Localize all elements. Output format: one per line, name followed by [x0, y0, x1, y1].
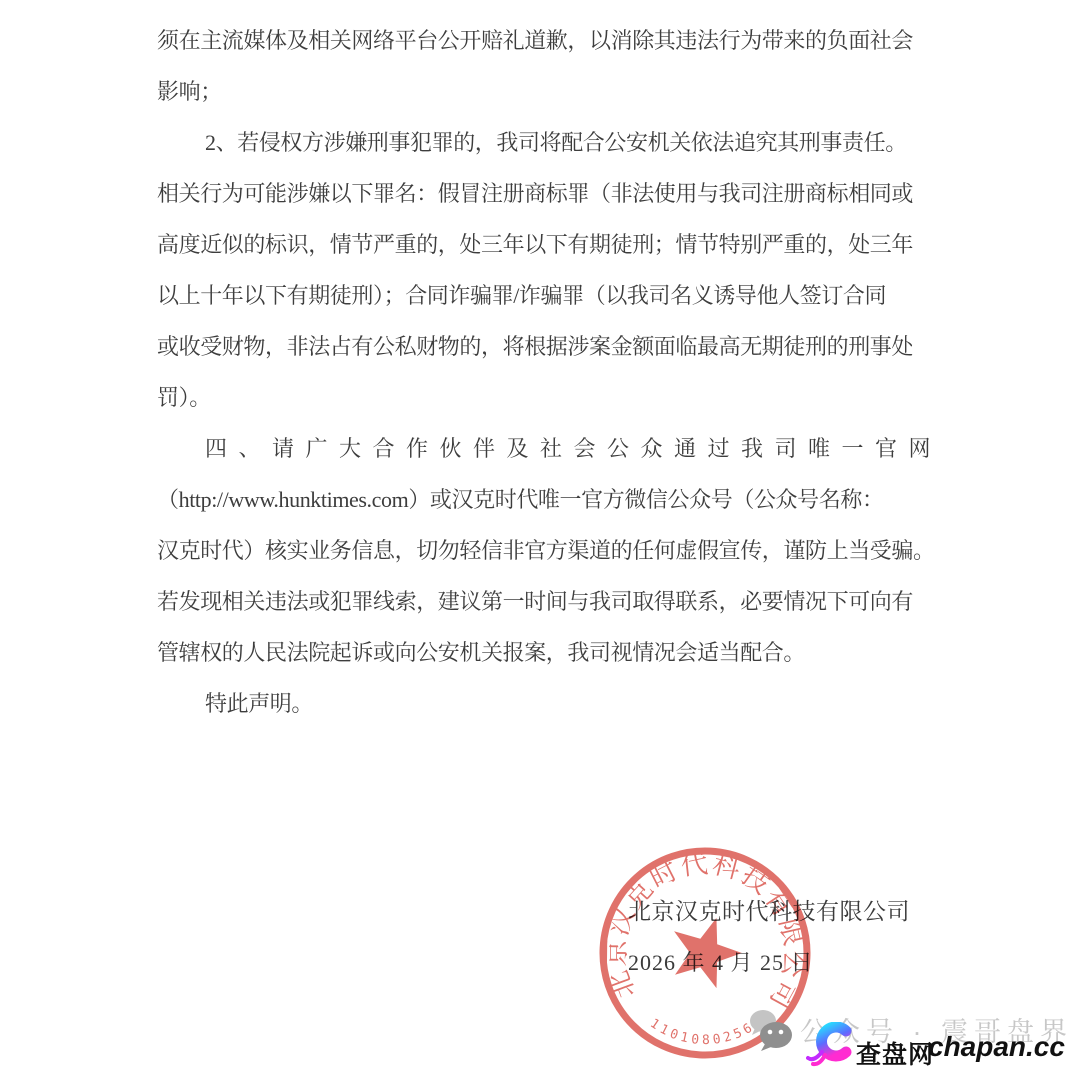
text-line: 2、若侵权方涉嫌刑事犯罪的，我司将配合公安机关依法追究其刑事责任。 — [157, 117, 947, 168]
watermark-site-domain: chapan.cc — [928, 1031, 1065, 1063]
svg-text:北京汉克时代科技有限公司: 北京汉克时代科技有限公司 — [598, 843, 816, 1017]
text-line-closing: 特此声明。 — [157, 678, 947, 729]
text-line: 罚）。 — [157, 372, 947, 423]
text-line: 汉克时代）核实业务信息，切勿轻信非官方渠道的任何虚假宣传，谨防上当受骗。 — [157, 525, 947, 576]
text-line: 影响； — [157, 66, 947, 117]
text-line: 或收受财物，非法占有公私财物的，将根据涉案金额面临最高无期徒刑的刑事处 — [157, 321, 947, 372]
watermark-site-name: 查盘网 — [856, 1035, 934, 1071]
text-line: 高度近似的标识，情节严重的，处三年以下有期徒刑；情节特别严重的，处三年 — [157, 219, 947, 270]
text-line-website-url: （http://www.hunktimes.com）或汉克时代唯一官方微信公众号… — [157, 474, 947, 525]
text-line: 若发现相关违法或犯罪线索，建议第一时间与我司取得联系，必要情况下可向有 — [157, 576, 947, 627]
seal-star-icon — [671, 916, 743, 990]
wechat-icon — [748, 1008, 794, 1052]
chapan-logo-icon — [806, 1022, 854, 1068]
seal-company-name-arc: 北京汉克时代科技有限公司 — [598, 843, 816, 1017]
text-line: 管辖权的人民法院起诉或向公安机关报案，我司视情况会适当配合。 — [157, 627, 947, 678]
scanned-statement-page: 须在主流媒体及相关网络平台公开赔礼道歉，以消除其违法行为带来的负面社会 影响； … — [0, 0, 1080, 1071]
text-line: 以上十年以下有期徒刑）；合同诈骗罪/诈骗罪（以我司名义诱导他人签订合同 — [157, 270, 947, 321]
document-body: 须在主流媒体及相关网络平台公开赔礼道歉，以消除其违法行为带来的负面社会 影响； … — [157, 15, 947, 729]
text-line: 须在主流媒体及相关网络平台公开赔礼道歉，以消除其违法行为带来的负面社会 — [157, 15, 947, 66]
text-line: 四、请广大合作伙伴及社会公众通过我司唯一官网 — [157, 423, 947, 474]
text-line: 相关行为可能涉嫌以下罪名：假冒注册商标罪（非法使用与我司注册商标相同或 — [157, 168, 947, 219]
